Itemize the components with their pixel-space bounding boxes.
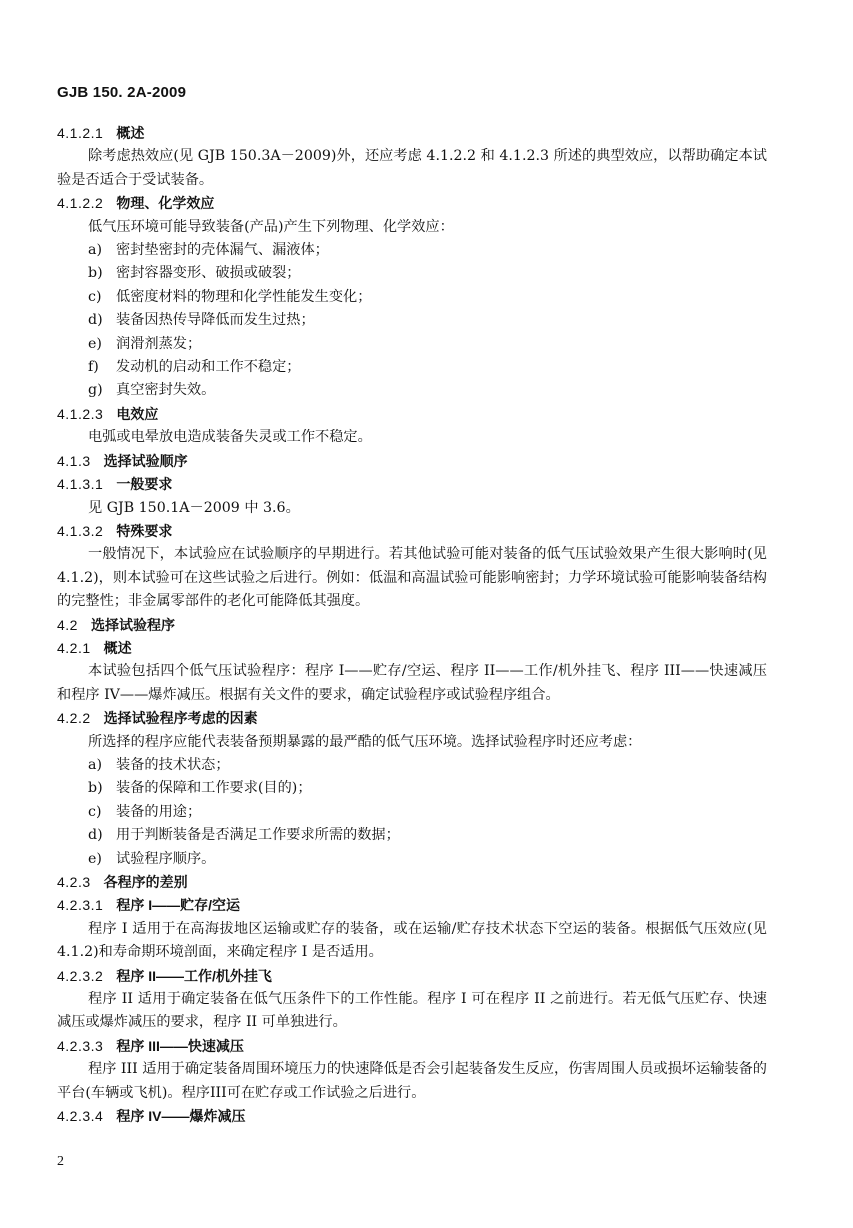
section-heading: 4.1.3选择试验顺序 (57, 450, 767, 473)
paragraph: 程序 II 适用于确定装备在低气压条件下的工作性能。程序 I 可在程序 II 之… (57, 988, 767, 1035)
list-item-text: 试验程序顺序。 (116, 851, 215, 867)
section-heading: 4.2.3.1程序 I——贮存/空运 (57, 894, 767, 917)
section-number: 4.1.3.1 (57, 473, 103, 496)
section-title: 一般要求 (116, 476, 172, 492)
paragraph: 本试验包括四个低气压试验程序：程序 I——贮存/空运、程序 II——工作/机外挂… (57, 660, 767, 707)
paragraph: 低气压环境可能导致装备(产品)产生下列物理、化学效应： (57, 216, 767, 239)
document-body: 4.1.2.1概述除考虑热效应(见 GJB 150.3A－2009)外，还应考虑… (57, 122, 767, 1128)
section-title: 选择试验程序考虑的因素 (104, 710, 258, 726)
section-title: 电效应 (116, 406, 158, 422)
paragraph: 除考虑热效应(见 GJB 150.3A－2009)外，还应考虑 4.1.2.2 … (57, 145, 767, 192)
list-item-text: 装备的保障和工作要求(目的)； (116, 780, 312, 796)
list-item-text: 装备的技术状态； (116, 757, 230, 773)
list-marker: f) (88, 356, 116, 379)
section-title: 特殊要求 (116, 523, 172, 539)
list-marker: d) (88, 309, 116, 332)
section-number: 4.2.2 (57, 707, 91, 730)
section-number: 4.2.1 (57, 637, 91, 660)
list-marker: b) (88, 777, 116, 800)
list-item: c)装备的用途； (57, 801, 767, 824)
section-heading: 4.2.3各程序的差别 (57, 871, 767, 894)
list-marker: c) (88, 801, 116, 824)
section-heading: 4.2.1概述 (57, 637, 767, 660)
list-item: d)装备因热传导降低而发生过热； (57, 309, 767, 332)
section-number: 4.2.3.2 (57, 965, 103, 988)
section-number: 4.2.3.1 (57, 894, 103, 917)
paragraph: 一般情况下，本试验应在试验顺序的早期进行。若其他试验可能对装备的低气压试验效果产… (57, 543, 767, 613)
list-item: f)发动机的启动和工作不稳定； (57, 356, 767, 379)
document-id-header: GJB 150. 2A-2009 (57, 84, 186, 101)
list-marker: b) (88, 262, 116, 285)
list-item: a)密封垫密封的壳体漏气、漏液体； (57, 239, 767, 262)
list-marker: d) (88, 824, 116, 847)
list-item: d)用于判断装备是否满足工作要求所需的数据； (57, 824, 767, 847)
section-number: 4.2.3.3 (57, 1035, 103, 1058)
section-number: 4.1.3.2 (57, 520, 103, 543)
section-number: 4.1.2.3 (57, 403, 103, 426)
list-item: a)装备的技术状态； (57, 754, 767, 777)
list-item: e)润滑剂蒸发； (57, 333, 767, 356)
paragraph: 电弧或电晕放电造成装备失灵或工作不稳定。 (57, 426, 767, 449)
paragraph: 程序 III 适用于确定装备周围环境压力的快速降低是否会引起装备发生反应，伤害周… (57, 1058, 767, 1105)
document-page: GJB 150. 2A-2009 4.1.2.1概述除考虑热效应(见 GJB 1… (0, 0, 853, 1228)
section-title: 程序 III——快速减压 (116, 1038, 244, 1054)
section-title: 程序 IV——爆炸减压 (116, 1108, 245, 1124)
list-item-text: 密封垫密封的壳体漏气、漏液体； (116, 242, 329, 258)
section-title: 程序 II——工作/机外挂飞 (116, 968, 272, 984)
list-item: e)试验程序顺序。 (57, 848, 767, 871)
list-item-text: 用于判断装备是否满足工作要求所需的数据； (116, 827, 400, 843)
section-heading: 4.1.2.3电效应 (57, 403, 767, 426)
section-heading: 4.2.3.4程序 IV——爆炸减压 (57, 1105, 767, 1128)
section-title: 选择试验程序 (91, 617, 175, 633)
list-marker: g) (88, 379, 116, 402)
section-heading: 4.1.3.1一般要求 (57, 473, 767, 496)
section-heading: 4.2.3.2程序 II——工作/机外挂飞 (57, 965, 767, 988)
section-heading: 4.2.3.3程序 III——快速减压 (57, 1035, 767, 1058)
section-title: 概述 (104, 640, 132, 656)
list-marker: a) (88, 754, 116, 777)
section-heading: 4.2.2选择试验程序考虑的因素 (57, 707, 767, 730)
section-title: 程序 I——贮存/空运 (116, 897, 240, 913)
list-marker: a) (88, 239, 116, 262)
paragraph: 程序 I 适用于在高海拔地区运输或贮存的装备，或在运输/贮存技术状态下空运的装备… (57, 918, 767, 965)
list-marker: e) (88, 333, 116, 356)
section-number: 4.1.2.1 (57, 122, 103, 145)
section-heading: 4.1.3.2特殊要求 (57, 520, 767, 543)
list-marker: c) (88, 286, 116, 309)
list-item-text: 密封容器变形、破损或破裂； (116, 265, 300, 281)
section-title: 选择试验顺序 (104, 453, 188, 469)
section-number: 4.1.3 (57, 450, 91, 473)
list-item-text: 真空密封失效。 (116, 382, 215, 398)
list-item: b)装备的保障和工作要求(目的)； (57, 777, 767, 800)
list-item-text: 润滑剂蒸发； (116, 336, 201, 352)
section-number: 4.2.3 (57, 871, 91, 894)
section-heading: 4.1.2.2物理、化学效应 (57, 192, 767, 215)
list-item-text: 发动机的启动和工作不稳定； (116, 359, 300, 375)
list-item: c)低密度材料的物理和化学性能发生变化； (57, 286, 767, 309)
list-item-text: 低密度材料的物理和化学性能发生变化； (116, 289, 371, 305)
page-number: 2 (57, 1154, 64, 1170)
paragraph: 所选择的程序应能代表装备预期暴露的最严酷的低气压环境。选择试验程序时还应考虑： (57, 731, 767, 754)
list-item-text: 装备因热传导降低而发生过热； (116, 312, 315, 328)
list-item-text: 装备的用途； (116, 804, 201, 820)
section-title: 概述 (116, 125, 144, 141)
section-heading: 4.1.2.1概述 (57, 122, 767, 145)
list-marker: e) (88, 848, 116, 871)
section-heading: 4.2选择试验程序 (57, 614, 767, 637)
section-title: 物理、化学效应 (116, 195, 214, 211)
section-number: 4.1.2.2 (57, 192, 103, 215)
section-number: 4.2 (57, 614, 78, 637)
paragraph: 见 GJB 150.1A－2009 中 3.6。 (57, 497, 767, 520)
section-title: 各程序的差别 (104, 874, 188, 890)
section-number: 4.2.3.4 (57, 1105, 103, 1128)
list-item: g)真空密封失效。 (57, 379, 767, 402)
list-item: b)密封容器变形、破损或破裂； (57, 262, 767, 285)
